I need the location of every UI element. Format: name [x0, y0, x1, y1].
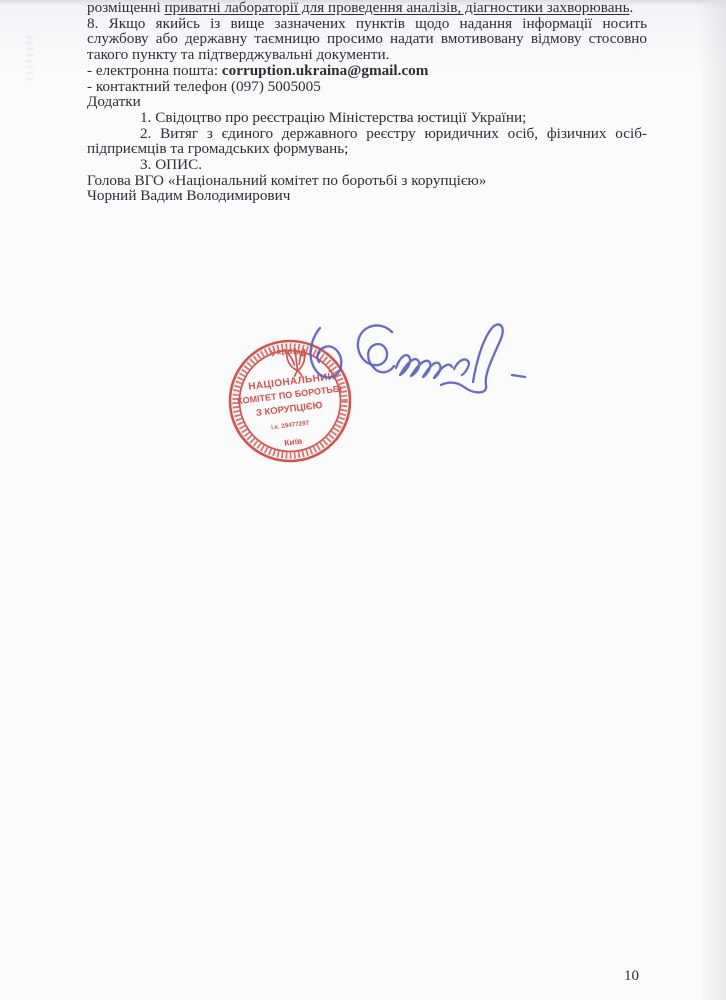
phone-line: - контактний телефон (097) 5005005 [87, 79, 647, 95]
email-line: - електронна пошта: corruption.ukraina@g… [87, 63, 647, 79]
intro-paragraph: розміщенні приватні лабораторії для пров… [87, 0, 647, 16]
attachment-item-3: 3. ОПИС. [87, 157, 647, 173]
intro-prefix: розміщенні [87, 0, 165, 16]
attachments-heading: Додатки [87, 94, 647, 110]
page-number: 10 [624, 968, 639, 985]
attachment-item-1: 1. Свідоцтво про реєстрацію Міністерства… [87, 110, 647, 126]
intro-underlined-text: приватні лабораторії для проведення анал… [165, 0, 630, 16]
document-body: розміщенні приватні лабораторії для пров… [87, 0, 647, 204]
intro-suffix: . [630, 0, 634, 16]
scan-smudge [26, 36, 33, 82]
scanned-document-page: розміщенні приватні лабораторії для пров… [0, 0, 726, 1000]
attachment-item-2: 2. Витяг з єдиного державного реєстру юр… [87, 126, 647, 157]
signer-title: Голова ВГО «Національний комітет по боро… [87, 173, 647, 189]
email-label: - електронна пошта: [87, 62, 222, 79]
email-address: corruption.ukraina@gmail.com [222, 62, 429, 79]
stamp-code: і.к. 29477297 [271, 419, 310, 432]
signer-name: Чорний Вадим Володимирович [87, 188, 647, 204]
clause-8-paragraph: 8. Якщо якийсь із вище зазначених пункті… [87, 16, 647, 63]
stamp-city: Київ [284, 436, 303, 448]
signature-scribble [296, 316, 532, 412]
